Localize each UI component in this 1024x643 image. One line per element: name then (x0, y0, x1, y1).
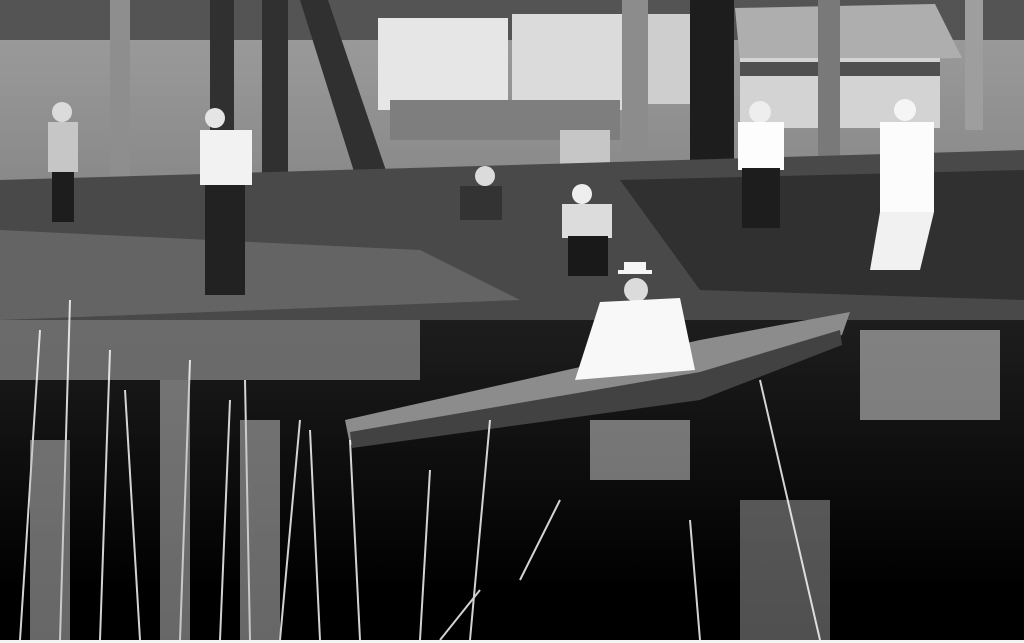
person-standing-light-shirt (200, 108, 252, 295)
riverbank (0, 150, 1024, 330)
water (0, 320, 1024, 640)
photo-scene (0, 0, 1024, 640)
historical-photograph (0, 0, 1024, 640)
